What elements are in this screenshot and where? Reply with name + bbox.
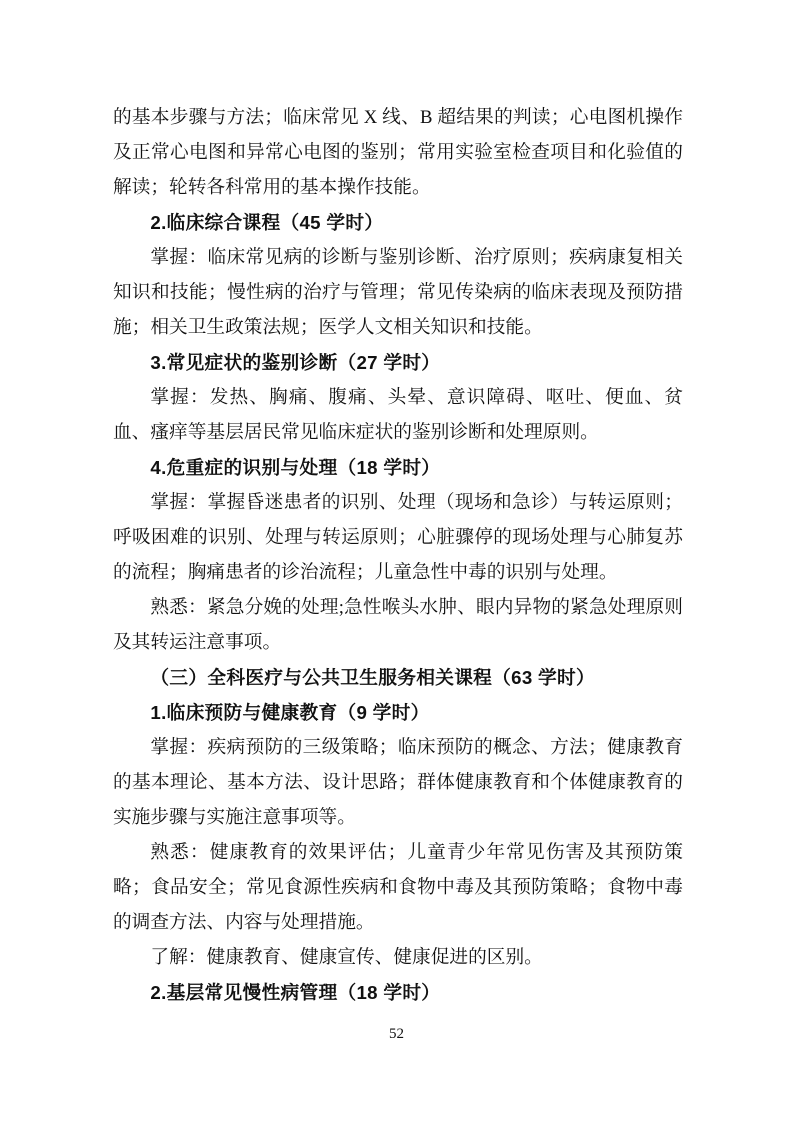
body-paragraph: 掌握：疾病预防的三级策略；临床预防的概念、方法；健康教育的基本理论、基本方法、设…: [113, 730, 683, 835]
page-number: 52: [0, 1024, 793, 1044]
section-heading: 1.临床预防与健康教育（9 学时）: [113, 695, 683, 730]
body-paragraph: 掌握：发热、胸痛、腹痛、头晕、意识障碍、呕吐、便血、贫血、瘙痒等基层居民常见临床…: [113, 380, 683, 450]
document-content: 的基本步骤与方法；临床常见 X 线、B 超结果的判读；心电图机操作及正常心电图和…: [113, 100, 683, 1010]
section-heading: 3.常见症状的鉴别诊断（27 学时）: [113, 345, 683, 380]
body-paragraph: 掌握：掌握昏迷患者的识别、处理（现场和急诊）与转运原则；呼吸困难的识别、处理与转…: [113, 485, 683, 590]
section-heading: 4.危重症的识别与处理（18 学时）: [113, 450, 683, 485]
body-paragraph: 熟悉：健康教育的效果评估；儿童青少年常见伤害及其预防策略；食品安全；常见食源性疾…: [113, 835, 683, 940]
body-paragraph: 了解：健康教育、健康宣传、健康促进的区别。: [113, 940, 683, 975]
document-page: 的基本步骤与方法；临床常见 X 线、B 超结果的判读；心电图机操作及正常心电图和…: [0, 0, 793, 1122]
body-paragraph: 掌握：临床常见病的诊断与鉴别诊断、治疗原则；疾病康复相关知识和技能；慢性病的治疗…: [113, 240, 683, 345]
body-paragraph: 的基本步骤与方法；临床常见 X 线、B 超结果的判读；心电图机操作及正常心电图和…: [113, 100, 683, 205]
section-heading: 2.基层常见慢性病管理（18 学时）: [113, 975, 683, 1010]
body-paragraph: 熟悉：紧急分娩的处理;急性喉头水肿、眼内异物的紧急处理原则及其转运注意事项。: [113, 590, 683, 660]
section-heading: 2.临床综合课程（45 学时）: [113, 205, 683, 240]
section-heading: （三）全科医疗与公共卫生服务相关课程（63 学时）: [113, 660, 683, 695]
